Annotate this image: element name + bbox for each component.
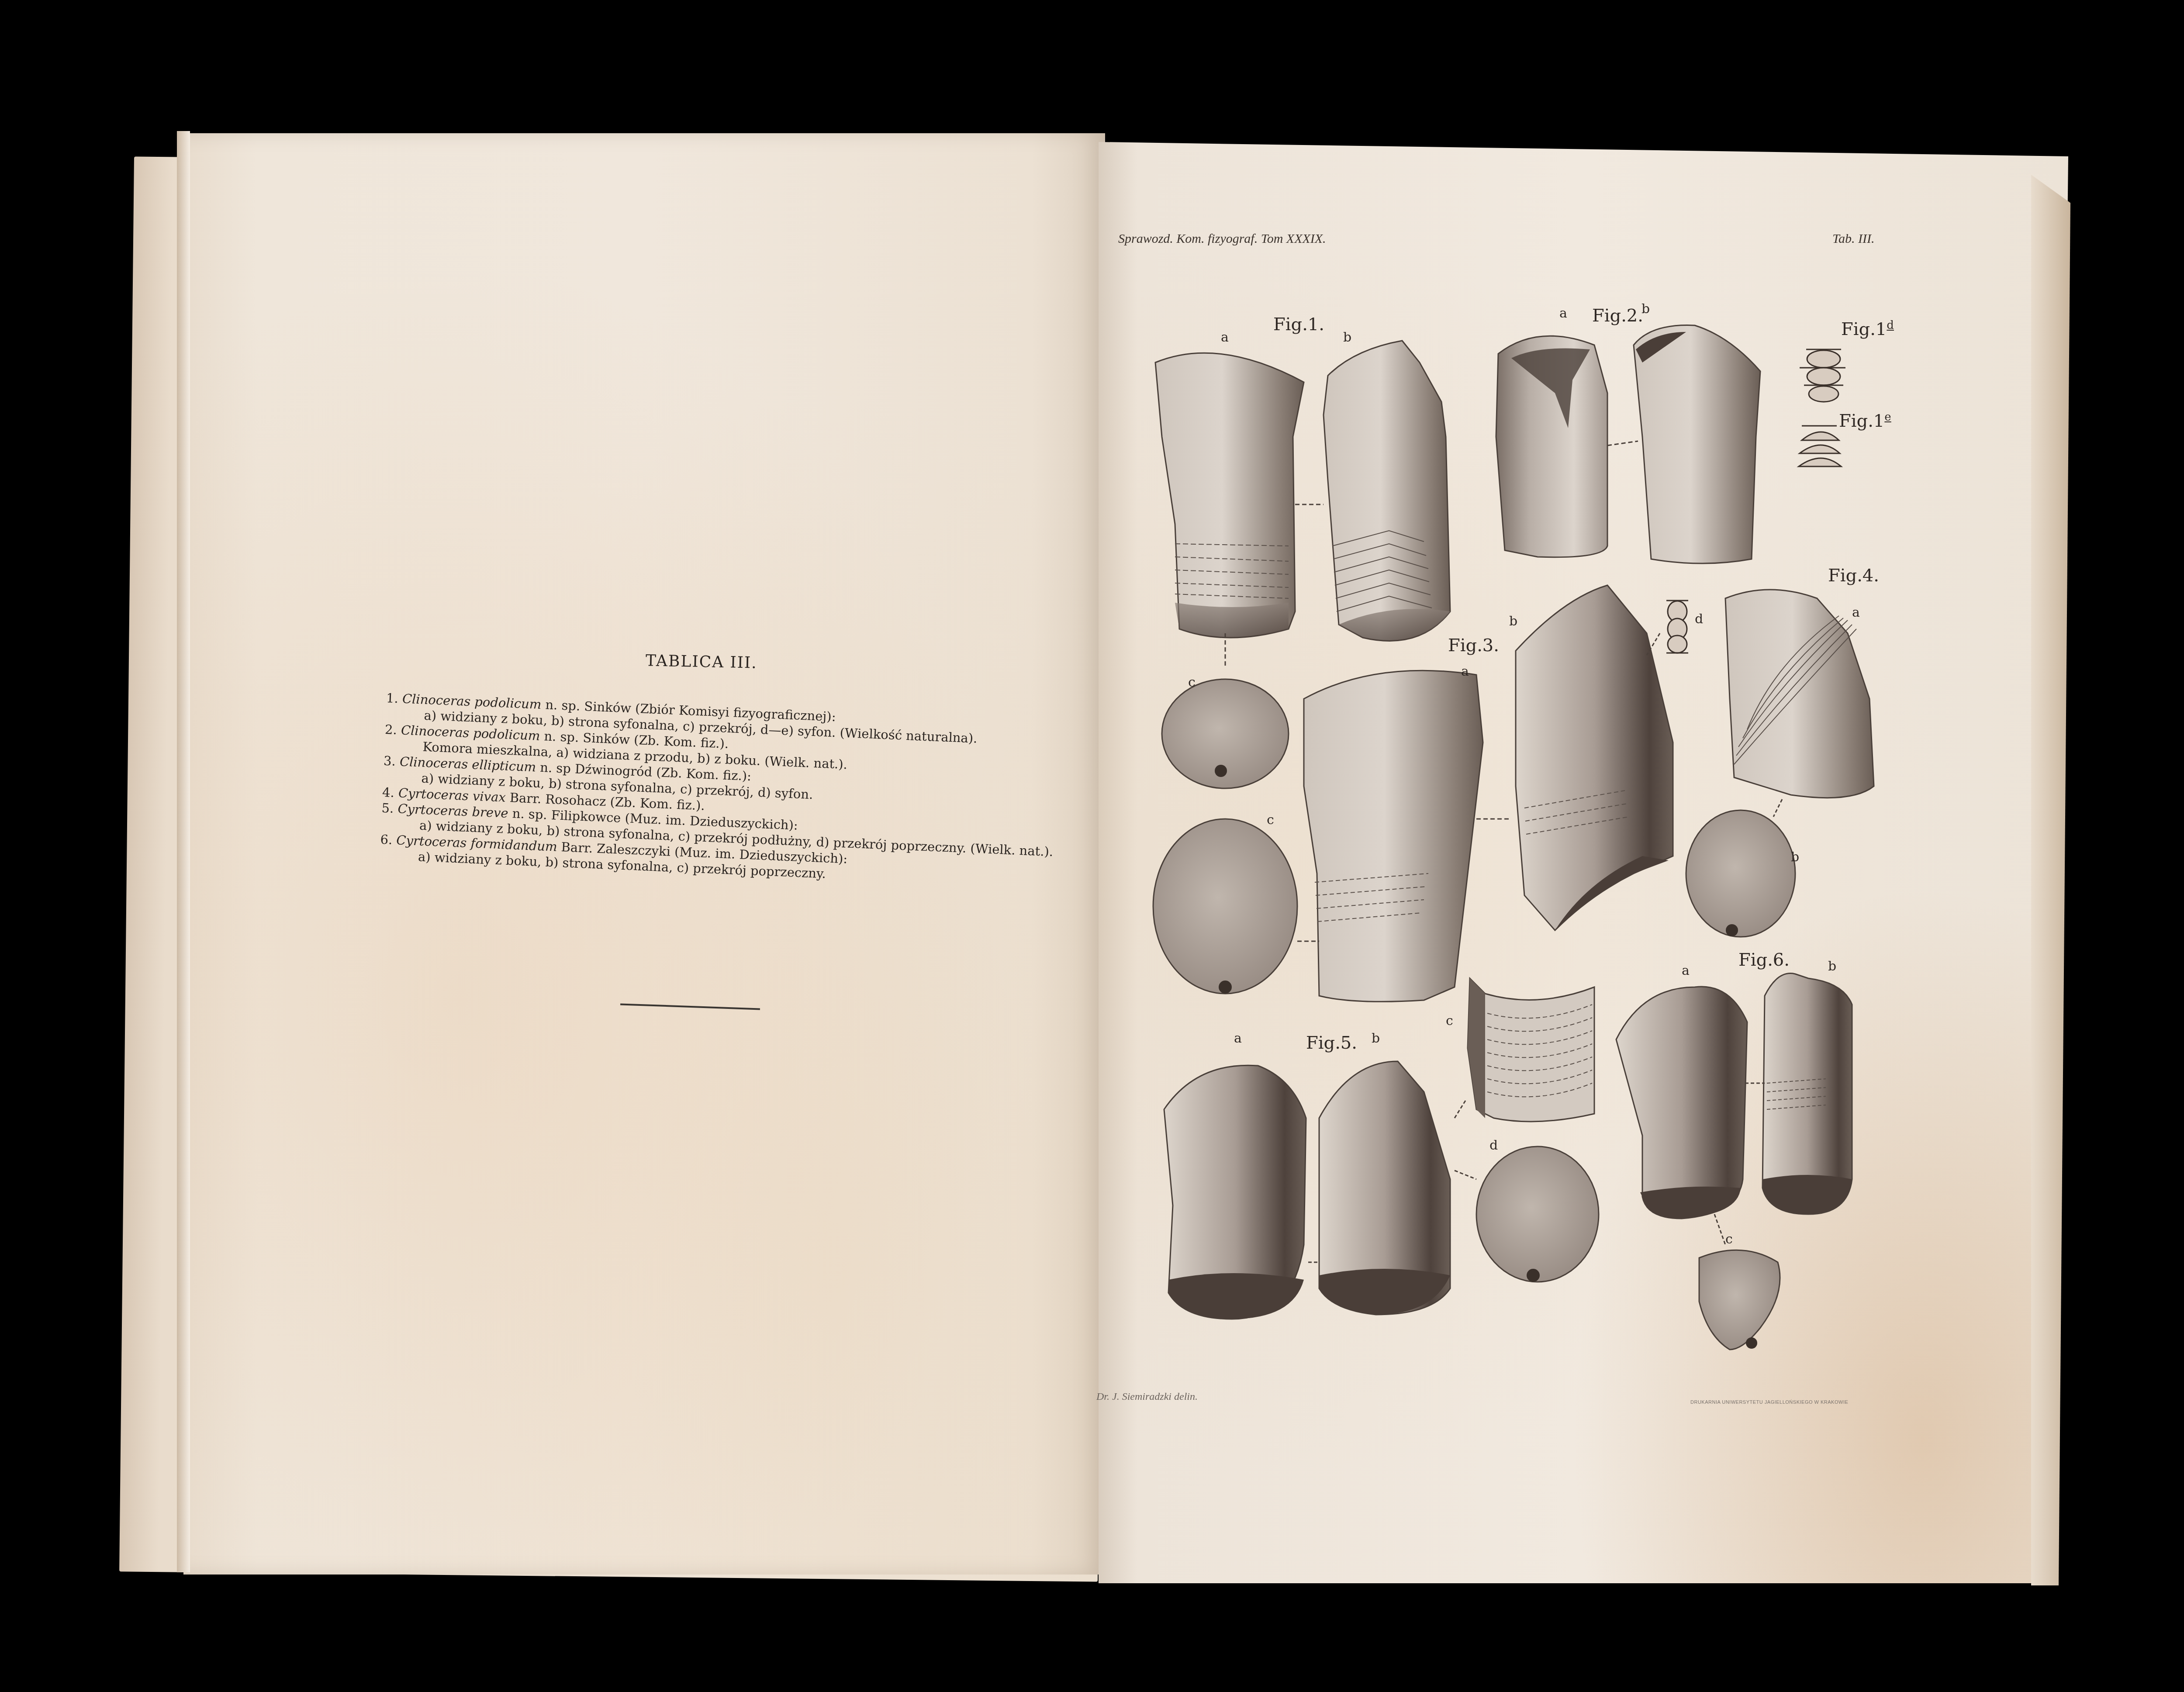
fig2a-label: a: [1559, 306, 1567, 321]
fig1e-siphon: [1799, 426, 1841, 466]
fig3d-siphon: [1666, 601, 1688, 653]
fig1e-label: Fig.1e: [1839, 411, 1891, 431]
fig2a-specimen: [1496, 336, 1607, 557]
fig3b-specimen: [1516, 585, 1673, 930]
fig5a-specimen: [1164, 1065, 1306, 1319]
fig3a-specimen: [1304, 670, 1483, 1001]
fig1a-label: a: [1221, 330, 1229, 345]
fig6b-specimen: [1762, 974, 1852, 1214]
fig6-label: Fig.6.: [1738, 950, 1790, 970]
fig5c-longitudinal-section: [1468, 978, 1594, 1122]
fig5-label: Fig.5.: [1306, 1033, 1357, 1053]
fig2b-label: b: [1641, 301, 1650, 317]
fig1d-siphon: [1800, 349, 1845, 402]
fig2b-specimen: [1634, 325, 1760, 563]
fossil-plate-illustration: [0, 0, 2184, 1692]
fig5b-label: b: [1372, 1031, 1380, 1046]
fig1b-specimen: [1324, 341, 1450, 641]
fig3a-label: a: [1461, 664, 1469, 679]
fig6a-specimen: [1616, 987, 1747, 1219]
fig2-label: Fig.2.: [1592, 306, 1643, 326]
fig3b-label: b: [1509, 614, 1517, 629]
fig3d-label: d: [1695, 611, 1703, 627]
fig6a-label: a: [1682, 963, 1690, 978]
fig1c-label: c: [1188, 675, 1196, 690]
fig6c-cross-section: [1699, 1250, 1780, 1350]
fig4b-cross-section: [1686, 810, 1795, 937]
fig1d-label: Fig.1d: [1841, 319, 1894, 339]
fig3c-cross-section: [1153, 819, 1297, 994]
fig4-label: Fig.4.: [1828, 566, 1879, 586]
fig1b-label: b: [1343, 330, 1351, 345]
fig5b-specimen: [1319, 1061, 1450, 1315]
fig3c-label: c: [1267, 812, 1274, 828]
fig1a-specimen: [1155, 353, 1304, 638]
fig1c-cross-section: [1162, 679, 1289, 788]
fig4a-label: a: [1852, 605, 1860, 620]
fig6b-label: b: [1828, 959, 1836, 974]
fig1-label: Fig.1.: [1273, 314, 1324, 335]
fig3-label: Fig.3.: [1448, 635, 1499, 656]
fig5d-label: d: [1489, 1138, 1498, 1153]
fig5d-cross-section: [1476, 1146, 1599, 1282]
fig4a-specimen: [1725, 590, 1874, 798]
fig5c-label: c: [1446, 1013, 1453, 1029]
fig4b-label: b: [1791, 849, 1799, 865]
fig6c-label: c: [1725, 1232, 1733, 1247]
fig5a-label: a: [1234, 1031, 1242, 1046]
